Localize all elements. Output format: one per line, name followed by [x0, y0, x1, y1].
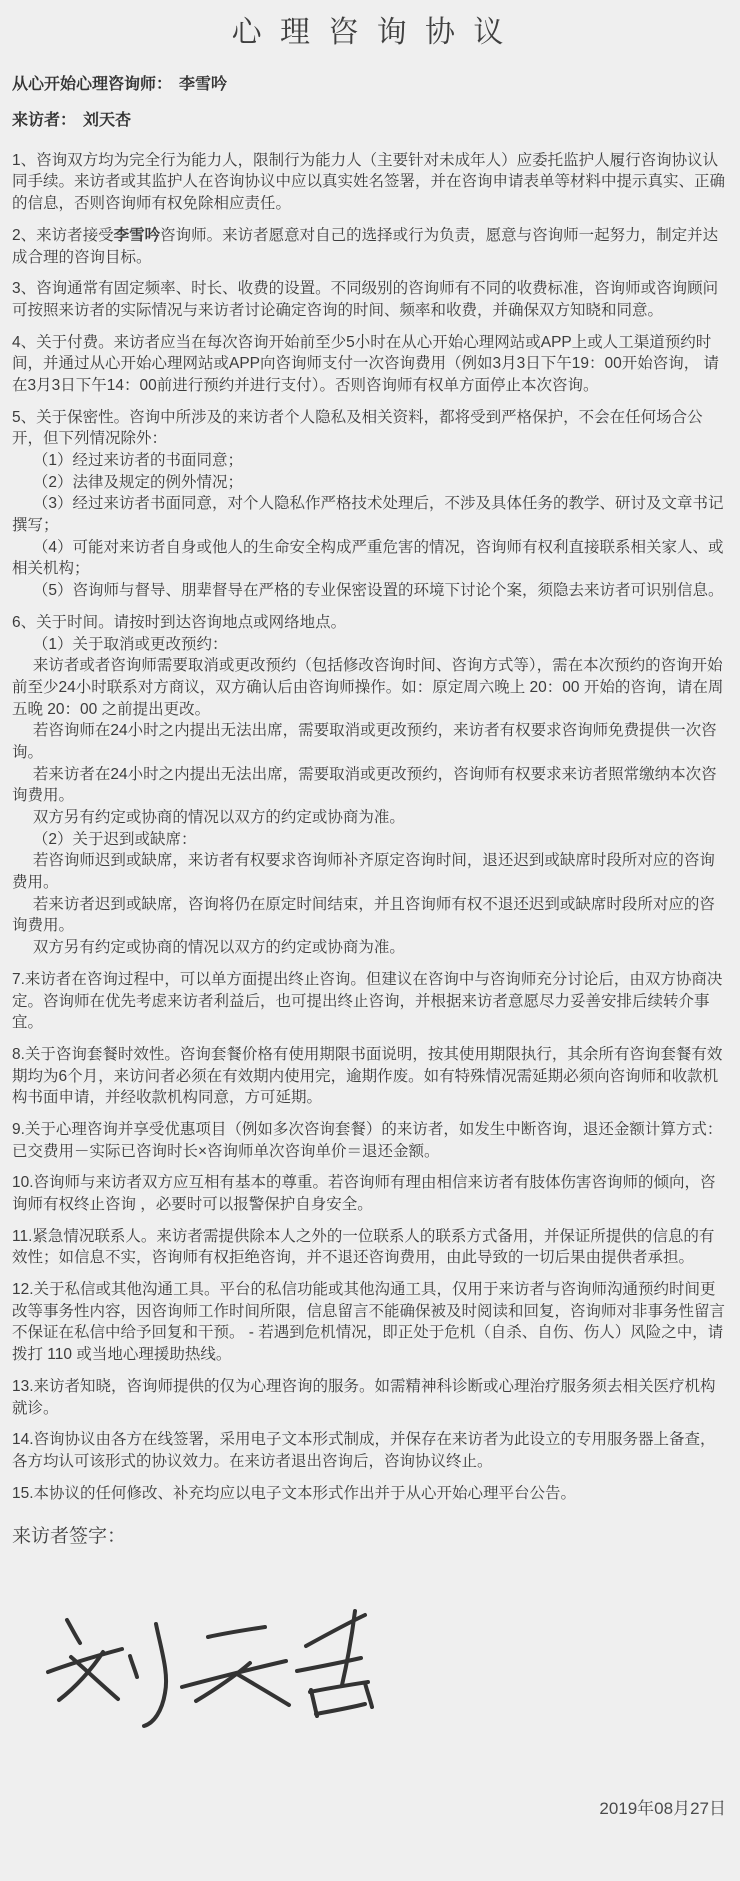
clause-6-line: 双方另有约定或协商的情况以双方的约定或协商为准。 — [12, 937, 728, 959]
signature-ink-strokes — [44, 1597, 374, 1747]
clause-6-line: 若来访者迟到或缺席，咨询将仍在原定时间结束，并且咨询师有权不退还迟到或缺席时段所… — [12, 894, 728, 937]
agreement-clause-1: 1、咨询双方均为完全行为能力人，限制行为能力人（主要针对未成年人）应委托监护人履… — [12, 150, 728, 215]
clause-6-line: 若咨询师在24小时之内提出无法出席，需要取消或更改预约，来访者有权要求咨询师免费… — [12, 720, 728, 763]
agreement-clause-14: 14.咨询协议由各方在线签署，采用电子文本形式制成，并保存在来访者为此设立的专用… — [12, 1429, 728, 1472]
agreement-clause-13: 13.来访者知晓，咨询师提供的仅为心理咨询的服务。如需精神科诊断或心理治疗服务须… — [12, 1376, 728, 1419]
agreement-clause-9: 9.关于心理咨询并享受优惠项目（例如多次咨询套餐）的来访者，如发生中断咨询，退还… — [12, 1119, 728, 1162]
agreement-page: { "theme": { "background": "#efefef", "b… — [0, 0, 740, 1881]
counselor-name: 李雪吟 — [179, 76, 227, 93]
clause-2-counselor-name: 李雪吟 — [114, 227, 161, 244]
clauses-section: 1、咨询双方均为完全行为能力人，限制行为能力人（主要针对未成年人）应委托监护人履… — [12, 150, 728, 1505]
agreement-clause-10: 10.咨询师与来访者双方应互相有基本的尊重。若咨询师有理由相信来访者有肢体伤害咨… — [12, 1172, 728, 1215]
counselor-line: 从心开始心理咨询师：李雪吟 — [12, 74, 728, 96]
agreement-document: 心 理 咨 询 协 议 从心开始心理咨询师：李雪吟 来访者：刘天杏 1、咨询双方… — [0, 0, 740, 1881]
clause-6-line: 若来访者在24小时之内提出无法出席，需要取消或更改预约，咨询师有权要求来访者照常… — [12, 764, 728, 807]
clause-5-item: （2）法律及规定的例外情况； — [12, 472, 728, 494]
visitor-line: 来访者：刘天杏 — [12, 110, 728, 132]
clause-5-item: （1）经过来访者的书面同意； — [12, 450, 728, 472]
counselor-label: 从心开始心理咨询师： — [12, 76, 172, 93]
clause-2-prefix: 2、来访者接受 — [12, 227, 114, 244]
agreement-clause-11: 11.紧急情况联系人。来访者需提供除本人之外的一位联系人的联系方式备用，并保证所… — [12, 1226, 728, 1269]
visitor-label: 来访者： — [12, 112, 76, 129]
clause-5-item: （4）可能对来访者自身或他人的生命安全构成严重危害的情况，咨询师有权利直接联系相… — [12, 537, 728, 580]
agreement-clause-2: 2、来访者接受李雪吟咨询师。来访者愿意对自己的选择或行为负责，愿意与咨询师一起努… — [12, 225, 728, 268]
signature-date: 2019年08月27日 — [12, 1797, 726, 1821]
clause-6-line: 来访者或者咨询师需要取消或更改预约（包括修改咨询时间、咨询方式等），需在本次预约… — [12, 655, 728, 720]
clause-5-item: （5）咨询师与督导、朋辈督导在严格的专业保密设置的环境下讨论个案，须隐去来访者可… — [12, 580, 728, 602]
agreement-clause-3: 3、咨询通常有固定频率、时长、收费的设置。不同级别的咨询师有不同的收费标准，咨询… — [12, 278, 728, 321]
agreement-clause-6: 6、关于时间。请按时到达咨询地点或网络地点。 （1）关于取消或更改预约： 来访者… — [12, 612, 728, 959]
clause-5-head: 5、关于保密性。咨询中所涉及的来访者个人隐私及相关资料，都将受到严格保护，不会在… — [12, 407, 728, 450]
signature-label: 来访者签字： — [12, 1524, 728, 1551]
clause-6-line: 若咨询师迟到或缺席，来访者有权要求咨询师补齐原定咨询时间，退还迟到或缺席时段所对… — [12, 850, 728, 893]
clause-6-head: 6、关于时间。请按时到达咨询地点或网络地点。 — [12, 612, 728, 634]
clause-6-line: （1）关于取消或更改预约： — [12, 634, 728, 656]
agreement-clause-12: 12.关于私信或其他沟通工具。平台的私信功能或其他沟通工具，仅用于来访者与咨询师… — [12, 1279, 728, 1366]
clause-5-item: （3）经过来访者书面同意，对个人隐私作严格技术处理后，不涉及具体任务的教学、研讨… — [12, 493, 728, 536]
agreement-clause-15: 15.本协议的任何修改、补充均应以电子文本形式作出并于从心开始心理平台公告。 — [12, 1483, 728, 1505]
visitor-name: 刘天杏 — [83, 112, 131, 129]
page-title: 心 理 咨 询 协 议 — [12, 12, 728, 54]
clause-6-line: （2）关于迟到或缺席： — [12, 829, 728, 851]
agreement-clause-8: 8.关于咨询套餐时效性。咨询套餐价格有使用期限书面说明，按其使用期限执行，其余所… — [12, 1044, 728, 1109]
agreement-clause-7: 7.来访者在咨询过程中，可以单方面提出终止咨询。但建议在咨询中与咨询师充分讨论后… — [12, 969, 728, 1034]
clause-6-line: 双方另有约定或协商的情况以双方的约定或协商为准。 — [12, 807, 728, 829]
agreement-clause-5: 5、关于保密性。咨询中所涉及的来访者个人隐私及相关资料，都将受到严格保护，不会在… — [12, 407, 728, 602]
visitor-signature — [44, 1597, 374, 1747]
agreement-clause-4: 4、关于付费。来访者应当在每次咨询开始前至少5小时在从心开始心理网站或APP上或… — [12, 332, 728, 397]
